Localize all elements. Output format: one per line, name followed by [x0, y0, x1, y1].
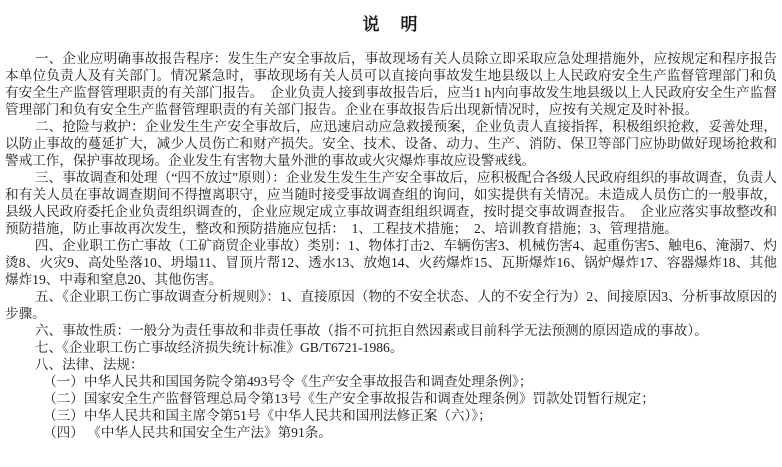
paragraph-5: 五、《企业职工伤亡事故调查分析规则》：1、直接原因（物的不安全状态、人的不安全行…: [5, 288, 777, 322]
paragraph-12: （四） 《中华人民共和国安全生产法》第91条。: [5, 424, 777, 441]
paragraph-4: 四、企业职工伤亡事故（工矿商贸企业事故）类别：1、物体打击2、车辆伤害3、机械伤…: [5, 237, 777, 288]
paragraph-11: （三）中华人民共和国主席令第51号《中华人民共和国刑法修正案（六）》；: [5, 407, 777, 424]
paragraph-9: （一）中华人民共和国国务院令第493号令《生产安全事故报告和调查处理条例》；: [5, 373, 777, 390]
document-page: 说 明 一、企业应明确事故报告程序：发生生产安全事故后，事故现场有关人员除立即采…: [0, 0, 782, 467]
paragraph-7: 七、《企业职工伤亡事故经济损失统计标准》GB/T6721-1986。: [5, 339, 777, 356]
paragraph-6: 六、事故性质：一般分为责任事故和非责任事故（指不可抗拒自然因素或目前科学无法预测…: [5, 322, 777, 339]
paragraph-3: 三、事故调查和处理（“四不放过”原则）：企业发生发生生产安全事故后，应积极配合各…: [5, 169, 777, 237]
paragraph-10: （二）国家安全生产监督管理总局令第13号《生产安全事故报告和调查处理条例》罚款处…: [5, 390, 777, 407]
paragraph-8: 八、法律、法规：: [5, 356, 777, 373]
document-title: 说 明: [5, 10, 777, 35]
paragraph-1: 一、企业应明确事故报告程序：发生生产安全事故后，事故现场有关人员除立即采取应急处…: [5, 50, 777, 118]
document-body: 一、企业应明确事故报告程序：发生生产安全事故后，事故现场有关人员除立即采取应急处…: [5, 50, 777, 441]
paragraph-2: 二、抢险与救护：企业发生生产安全事故后，应迅速启动应急救援预案，企业负责人直接指…: [5, 118, 777, 169]
